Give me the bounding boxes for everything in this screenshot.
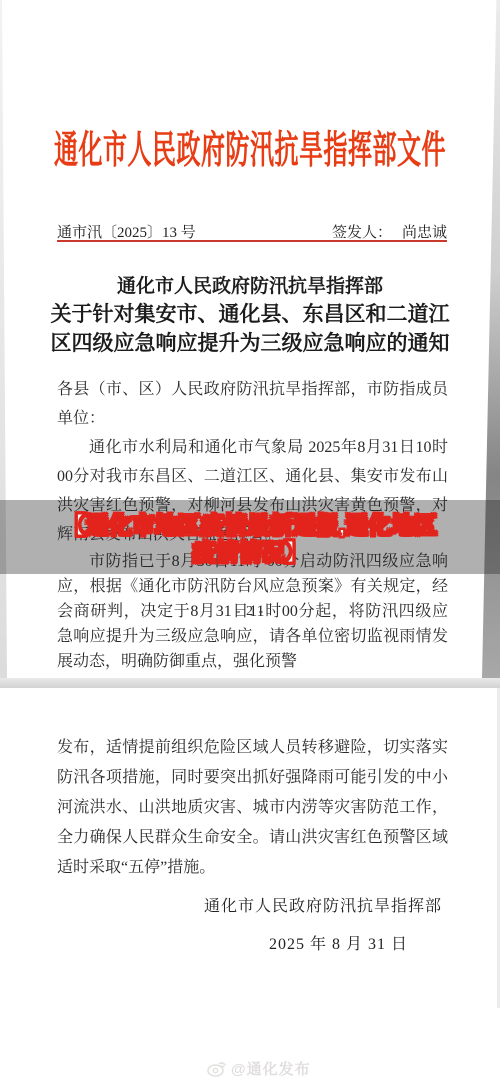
watermark-text: @通化发布: [231, 1058, 311, 1079]
weibo-watermark: @通化发布: [207, 1058, 311, 1079]
weibo-icon: [207, 1060, 227, 1077]
document-title-line3: 区四级应急响应提升为三级应急响应的通知: [0, 329, 500, 358]
red-divider-rule: [57, 240, 447, 242]
signature-date: 2025 年 8 月 31 日: [269, 931, 408, 954]
page-1: 通化市人民政府防汛抗旱指挥部文件 通市汛〔2025〕13 号 签发人：尚忠诚 通…: [0, 0, 500, 678]
letterhead-title: 通化市人民政府防汛抗旱指挥部文件: [0, 118, 500, 174]
doc-number: 通市汛〔2025〕13 号: [57, 221, 196, 242]
issuer-name: 尚忠诚: [402, 225, 447, 241]
doc-number-row: 通市汛〔2025〕13 号 签发人：尚忠诚: [57, 221, 447, 242]
document-title-line2: 关于针对集安市、通化县、东昌区和二道江: [0, 300, 500, 329]
signature-org: 通化市人民政府防汛抗旱指挥部: [204, 893, 442, 916]
caption-line-2: 疫情情况】: [0, 539, 500, 566]
issuer-label: 签发人：: [332, 225, 392, 241]
caption-line-1: 【通化市地区疫情最新通报,通化地区: [0, 512, 500, 539]
salutation: 各县（市、区）人民政府防汛抗旱指挥部，市防指成员单位：: [57, 375, 448, 433]
issuer: 签发人：尚忠诚: [332, 221, 447, 242]
page-2-body: 发布，适情提前组织危险区域人员转移避险，切实落实防汛各项措施，同时要突出抓好强降…: [57, 733, 448, 883]
caption-overlay-text: 【通化市地区疫情最新通报,通化地区 疫情情况】: [0, 512, 500, 566]
page-number: - 2 -: [0, 604, 500, 620]
document-title: 通化市人民政府防汛抗旱指挥部 关于针对集安市、通化县、东昌区和二道江 区四级应急…: [0, 273, 500, 358]
document-photo: 通化市人民政府防汛抗旱指挥部文件 通市汛〔2025〕13 号 签发人：尚忠诚 通…: [0, 0, 500, 1084]
document-title-line1: 通化市人民政府防汛抗旱指挥部: [0, 273, 500, 300]
